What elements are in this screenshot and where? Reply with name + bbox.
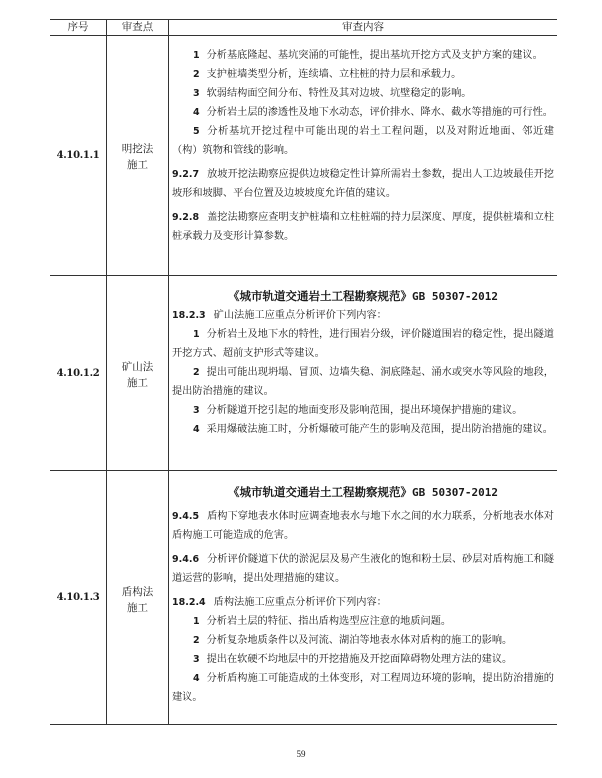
list-item: 4分析盾构施工可能造成的土体变形，对工程周边环境的影响，提出防治措施的建议。 [172, 669, 554, 707]
list-item: 1分析基底隆起、基坑突涌的可能性，提出基坑开挖方式及支护方案的建议。 [172, 46, 554, 65]
review-point-line: 盾构法 [107, 584, 168, 600]
list-item: 2支护桩墙类型分析，连续墙、立柱桩的持力层和承载力。 [172, 65, 554, 84]
review-point-line: 施工 [107, 600, 168, 616]
clause: 9.2.8盖挖法勘察应查明支护桩墙和立柱桩端的持力层深度、厚度，提供桩墙和立柱桩… [172, 208, 554, 246]
header-point: 审查点 [107, 20, 168, 35]
list-item: 3分析隧道开挖引起的地面变形及影响范围，提出环境保护措施的建议。 [172, 401, 554, 420]
standard-title: 《城市轨道交通岩土工程勘察规范》GB 50307-2012 [172, 483, 554, 502]
list-item: 3提出在软硬不均地层中的开挖措施及开挖面障碍物处理方法的建议。 [172, 650, 554, 669]
standard-title: 《城市轨道交通岩土工程勘察规范》GB 50307-2012 [172, 287, 554, 306]
table-bottom-rule [50, 724, 557, 725]
review-point-line: 施工 [107, 375, 168, 391]
clause: 18.2.4盾构法施工应重点分析评价下列内容： [172, 593, 554, 612]
list-item: 1分析岩土及地下水的特性，进行围岩分级，评价隧道围岩的稳定性，提出隧道开挖方式、… [172, 325, 554, 363]
page-number: 59 [0, 749, 602, 759]
review-point: 明挖法 施工 [107, 141, 168, 173]
review-point-line: 施工 [107, 157, 168, 173]
list-item: 3软弱结构面空间分布、特性及其对边坡、坑壁稳定的影响。 [172, 84, 554, 103]
header-no: 序号 [50, 20, 106, 35]
row-number: 4.10.1.3 [50, 592, 106, 603]
list-item: 2分析复杂地质条件以及河流、湖泊等地表水体对盾构的施工的影响。 [172, 631, 554, 650]
list-item: 2提出可能出现坍塌、冒顶、边墙失稳、洞底隆起、涌水或突水等风险的地段，提出防治措… [172, 363, 554, 401]
review-point-line: 明挖法 [107, 141, 168, 157]
review-content: 《城市轨道交通岩土工程勘察规范》GB 50307-2012 18.2.3矿山法施… [172, 287, 554, 439]
column-divider [168, 19, 169, 724]
review-content: 1分析基底隆起、基坑突涌的可能性，提出基坑开挖方式及支护方案的建议。 2支护桩墙… [172, 46, 554, 246]
review-point: 矿山法 施工 [107, 359, 168, 391]
clause: 18.2.3矿山法施工应重点分析评价下列内容： [172, 306, 554, 325]
clause: 9.2.7放坡开挖法勘察应提供边坡稳定性计算所需岩土参数，提出人工边坡最佳开挖坡… [172, 165, 554, 203]
list-item: 1分析岩土层的特征、指出盾构选型应注意的地质问题。 [172, 612, 554, 631]
row-number: 4.10.1.2 [50, 368, 106, 379]
list-item: 4分析岩土层的渗透性及地下水动态，评价排水、降水、截水等措施的可行性。 [172, 103, 554, 122]
review-content: 《城市轨道交通岩土工程勘察规范》GB 50307-2012 9.4.5盾构下穿地… [172, 483, 554, 707]
header-bottom-rule [50, 35, 557, 36]
review-point: 盾构法 施工 [107, 584, 168, 616]
clause: 9.4.6分析评价隧道下伏的淤泥层及易产生液化的饱和粉土层、砂层对盾构施工和隧道… [172, 550, 554, 588]
header-content: 审查内容 [169, 20, 557, 35]
review-point-line: 矿山法 [107, 359, 168, 375]
list-item: 4采用爆破法施工时，分析爆破可能产生的影响及范围，提出防治措施的建议。 [172, 420, 554, 439]
row-number: 4.10.1.1 [50, 150, 106, 161]
clause: 9.4.5盾构下穿地表水体时应调查地表水与地下水之间的水力联系，分析地表水体对盾… [172, 507, 554, 545]
row-divider [50, 470, 557, 471]
list-item: 5分析基坑开挖过程中可能出现的岩土工程问题，以及对附近地面、邻近建（构）筑物和管… [172, 122, 554, 160]
row-divider [50, 275, 557, 276]
